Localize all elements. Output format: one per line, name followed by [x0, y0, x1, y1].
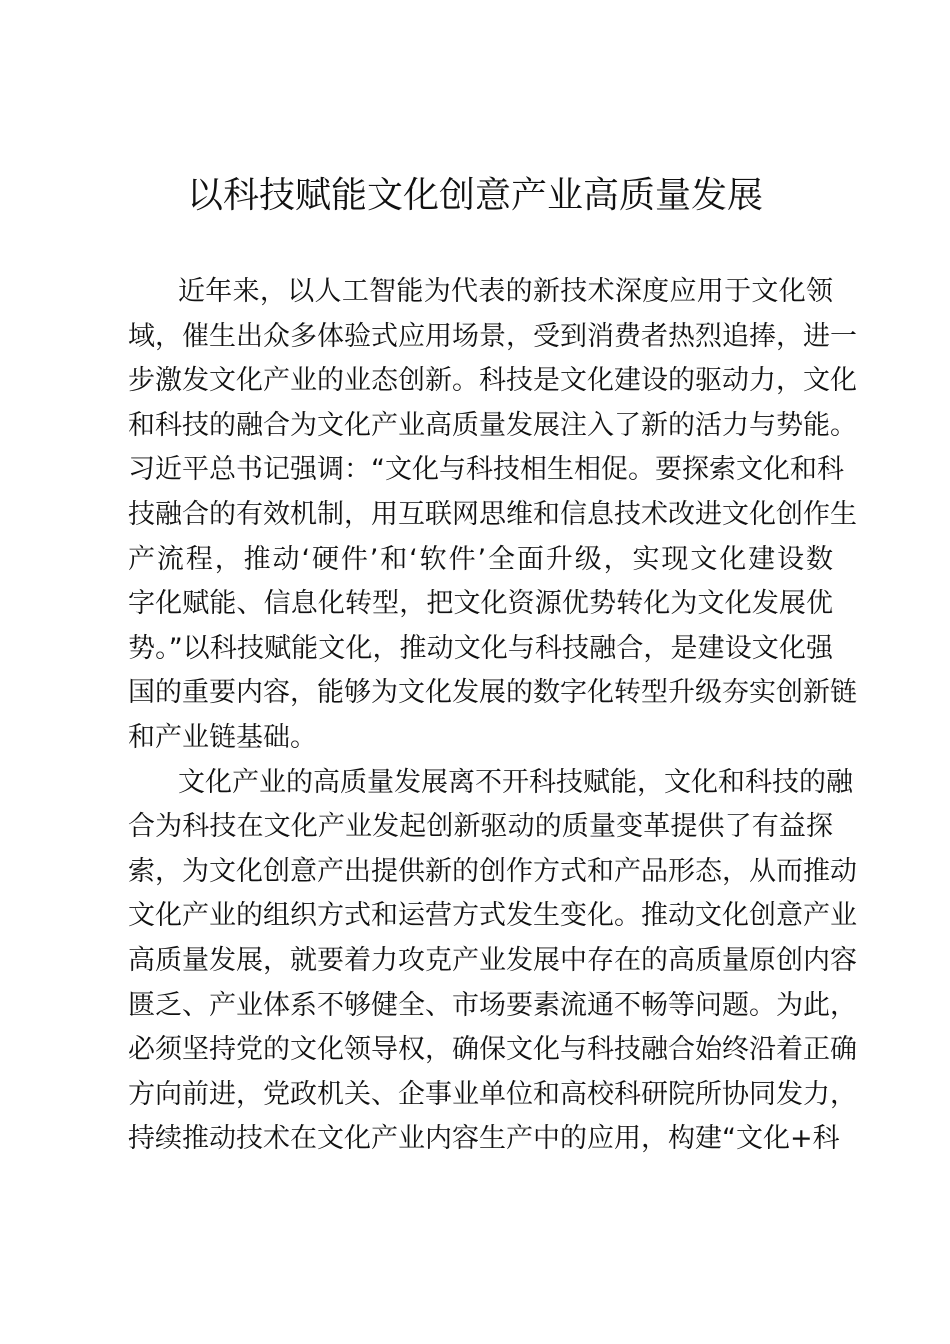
text-line: 步激发文化产业的业态创新。科技是文化建设的驱动力，文化 [128, 359, 833, 404]
text-line: 方向前进，党政机关、企事业单位和高校科研院所协同发力， [128, 1073, 833, 1118]
text-line: 持续推动技术在文化产业内容生产中的应用，构建“文化+科 [128, 1117, 833, 1162]
text-line: 文化产业的组织方式和运营方式发生变化。推动文化创意产业 [128, 894, 833, 939]
text-line: 必须坚持党的文化领导权，确保文化与科技融合始终沿着正确 [128, 1028, 833, 1073]
text-line: 合为科技在文化产业发起创新驱动的质量变革提供了有益探 [128, 805, 833, 850]
text-line: 产流程，推动‘硬件’和‘软件’全面升级，实现文化建设数 [128, 538, 833, 583]
paragraph-1: 近年来，以人工智能为代表的新技术深度应用于文化领 域，催生出众多体验式应用场景，… [128, 270, 833, 761]
text-line: 近年来，以人工智能为代表的新技术深度应用于文化领 [128, 270, 833, 315]
text-line: 习近平总书记强调：“文化与科技相生相促。要探索文化和科 [128, 448, 833, 493]
text-line: 势。”以科技赋能文化，推动文化与科技融合，是建设文化强 [128, 627, 833, 672]
text-line: 索，为文化创意产出提供新的创作方式和产品形态，从而推动 [128, 850, 833, 895]
text-line: 文化产业的高质量发展离不开科技赋能，文化和科技的融 [128, 761, 833, 806]
document-body: 近年来，以人工智能为代表的新技术深度应用于文化领 域，催生出众多体验式应用场景，… [128, 270, 833, 1162]
text-line: 国的重要内容，能够为文化发展的数字化转型升级夯实创新链 [128, 671, 833, 716]
text-line: 字化赋能、信息化转型，把文化资源优势转化为文化发展优 [128, 582, 833, 627]
document-page: 以科技赋能文化创意产业高质量发展 近年来，以人工智能为代表的新技术深度应用于文化… [0, 0, 950, 1344]
text-line: 技融合的有效机制，用互联网思维和信息技术改进文化创作生 [128, 493, 833, 538]
text-line: 高质量发展，就要着力攻克产业发展中存在的高质量原创内容 [128, 939, 833, 984]
text-line: 和产业链基础。 [128, 716, 833, 761]
text-line: 匮乏、产业体系不够健全、市场要素流通不畅等问题。为此， [128, 984, 833, 1029]
document-title: 以科技赋能文化创意产业高质量发展 [0, 170, 950, 222]
text-line: 域，催生出众多体验式应用场景，受到消费者热烈追捧，进一 [128, 315, 833, 360]
text-line: 和科技的融合为文化产业高质量发展注入了新的活力与势能。 [128, 404, 833, 449]
paragraph-2: 文化产业的高质量发展离不开科技赋能，文化和科技的融 合为科技在文化产业发起创新驱… [128, 761, 833, 1162]
